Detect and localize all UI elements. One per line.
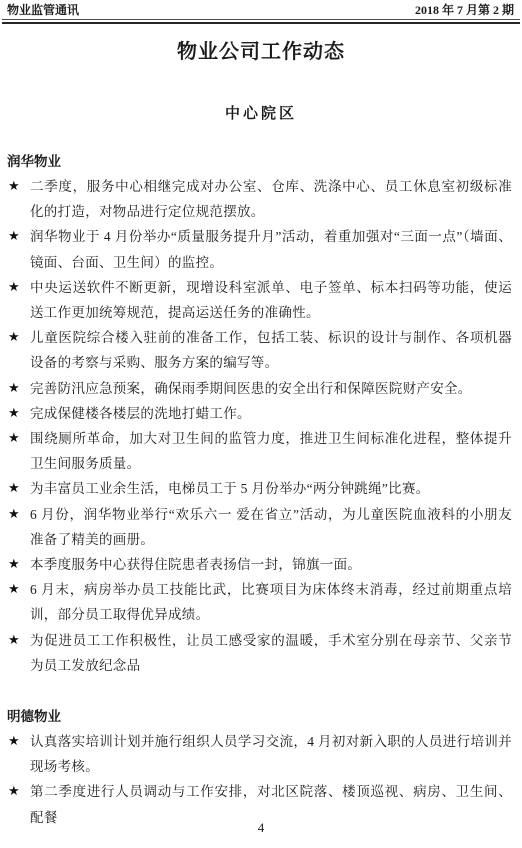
document-page: 物业监管通讯 2018 年 7 月第 2 期 物业公司工作动态 中心院区 润华物… — [0, 0, 522, 848]
bullet-list-runhua: ★ 二季度，服务中心相继完成对办公室、仓库、洗涤中心、员工休息室初级标准化的打造… — [0, 174, 522, 678]
star-bullet-icon: ★ — [8, 552, 30, 577]
star-bullet-icon: ★ — [8, 376, 30, 401]
page-number: 4 — [0, 820, 522, 836]
document-title: 物业公司工作动态 — [0, 38, 522, 66]
header-publication-title: 物业监管通讯 — [7, 3, 79, 17]
bullet-text: 完成保健楼各楼层的洗地打蜡工作。 — [30, 401, 512, 426]
star-bullet-icon: ★ — [8, 275, 30, 300]
section-heading-runhua: 润华物业 — [0, 149, 522, 174]
bullet-text: 6 月份，润华物业举行“欢乐六一 爱在省立”活动，为儿童医院血液科的小朋友准备了… — [30, 502, 512, 552]
list-item: ★ 中央运送软件不断更新，现增设科室派单、电子签单、标本扫码等功能，使运送工作更… — [8, 275, 512, 325]
bullet-text: 本季度服务中心获得住院患者表扬信一封，锦旗一面。 — [30, 552, 512, 577]
star-bullet-icon: ★ — [8, 476, 30, 501]
bullet-text: 儿童医院综合楼入驻前的准备工作，包括工装、标识的设计与制作、各项机器设备的考察与… — [30, 325, 512, 375]
list-item: ★ 围绕厕所革命，加大对卫生间的监管力度，推进卫生间标准化进程，整体提升卫生间服… — [8, 426, 512, 476]
page-header: 物业监管通讯 2018 年 7 月第 2 期 — [0, 0, 522, 17]
bullet-text: 润华物业于 4 月份举办“质量服务提升月”活动，着重加强对“三面一点”（墙面、镜… — [30, 224, 512, 274]
list-item: ★ 为促进员工工作积极性，让员工感受家的温暖，手术室分别在母亲节、父亲节为员工发… — [8, 628, 512, 678]
list-item: ★ 二季度，服务中心相继完成对办公室、仓库、洗涤中心、员工休息室初级标准化的打造… — [8, 174, 512, 224]
list-item: ★ 润华物业于 4 月份举办“质量服务提升月”活动，着重加强对“三面一点”（墙面… — [8, 224, 512, 274]
bullet-text: 为丰富员工业余生活，电梯员工于 5 月份举办“两分钟跳绳”比赛。 — [30, 476, 512, 501]
list-item: ★ 6 月份，润华物业举行“欢乐六一 爱在省立”活动，为儿童医院血液科的小朋友准… — [8, 502, 512, 552]
bullet-text: 中央运送软件不断更新，现增设科室派单、电子签单、标本扫码等功能，使运送工作更加统… — [30, 275, 512, 325]
bullet-text: 围绕厕所革命，加大对卫生间的监管力度，推进卫生间标准化进程，整体提升卫生间服务质… — [30, 426, 512, 476]
star-bullet-icon: ★ — [8, 426, 30, 451]
bullet-text: 二季度，服务中心相继完成对办公室、仓库、洗涤中心、员工休息室初级标准化的打造，对… — [30, 174, 512, 224]
star-bullet-icon: ★ — [8, 325, 30, 350]
section-heading-mingde: 明德物业 — [0, 704, 522, 729]
list-item: ★ 完善防汛应急预案，确保雨季期间医患的安全出行和保障医院财产安全。 — [8, 376, 512, 401]
star-bullet-icon: ★ — [8, 577, 30, 602]
star-bullet-icon: ★ — [8, 401, 30, 426]
list-item: ★ 儿童医院综合楼入驻前的准备工作，包括工装、标识的设计与制作、各项机器设备的考… — [8, 325, 512, 375]
star-bullet-icon: ★ — [8, 502, 30, 527]
header-rule-divider — [2, 19, 520, 24]
bullet-text: 6 月末，病房举办员工技能比武，比赛项目为床体终末消毒，经过前期重点培训，部分员… — [30, 577, 512, 627]
star-bullet-icon: ★ — [8, 224, 30, 249]
star-bullet-icon: ★ — [8, 779, 30, 804]
list-item: ★ 本季度服务中心获得住院患者表扬信一封，锦旗一面。 — [8, 552, 512, 577]
bullet-text: 认真落实培训计划并施行组织人员学习交流，4 月初对新入职的人员进行培训并现场考核… — [30, 729, 512, 779]
list-item: ★ 6 月末，病房举办员工技能比武，比赛项目为床体终末消毒，经过前期重点培训，部… — [8, 577, 512, 627]
header-issue-date: 2018 年 7 月第 2 期 — [415, 3, 514, 17]
bullet-text: 为促进员工工作积极性，让员工感受家的温暖，手术室分别在母亲节、父亲节为员工发放纪… — [30, 628, 512, 678]
bullet-text: 完善防汛应急预案，确保雨季期间医患的安全出行和保障医院财产安全。 — [30, 376, 512, 401]
campus-subtitle: 中心院区 — [0, 102, 522, 127]
star-bullet-icon: ★ — [8, 174, 30, 199]
bullet-list-mingde: ★ 认真落实培训计划并施行组织人员学习交流，4 月初对新入职的人员进行培训并现场… — [0, 729, 522, 830]
list-item: ★ 完成保健楼各楼层的洗地打蜡工作。 — [8, 401, 512, 426]
list-item: ★ 认真落实培训计划并施行组织人员学习交流，4 月初对新入职的人员进行培训并现场… — [8, 729, 512, 779]
star-bullet-icon: ★ — [8, 628, 30, 653]
star-bullet-icon: ★ — [8, 729, 30, 754]
list-item: ★ 为丰富员工业余生活，电梯员工于 5 月份举办“两分钟跳绳”比赛。 — [8, 476, 512, 501]
